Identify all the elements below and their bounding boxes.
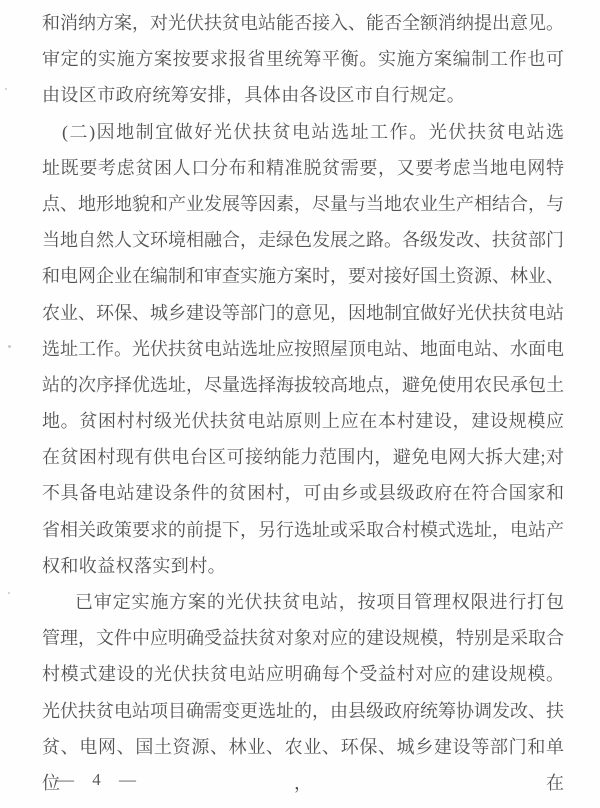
text-line: 不具备电站建设条件的贫困村，可由乡或县级政府在符合国家和 — [42, 475, 564, 511]
text-line: 权和收益权落实到村。 — [42, 548, 564, 584]
page-number: — 4 — — [57, 766, 139, 794]
text-line: 村模式建设的光伏扶贫电站应明确每个受益村对应的建设规模。 — [42, 656, 564, 692]
text-line: 管理，文件中应明确受益扶贫对象对应的建设规模，特别是采取合 — [42, 620, 564, 656]
text-line: 由设区市政府统筹安排，具体由各设区市自行规定。 — [42, 77, 564, 113]
document-page: 和消纳方案，对光伏扶贫电站能否接入、能否全额消纳提出意见。 审定的实施方案按要求… — [0, 0, 600, 808]
text-line: 在贫困村现有供电台区可接纳能力范围内，避免电网大拆大建;对 — [42, 439, 564, 475]
text-line: 省相关政策要求的前提下，另行选址或采取合村模式选址，电站产 — [42, 512, 564, 548]
text-line: 选址工作。光伏扶贫电站选址应按照屋顶电站、地面电站、水面电 — [42, 331, 564, 367]
text-line: 地。贫困村村级光伏扶贫电站原则上应在本村建设，建设规模应 — [42, 403, 564, 439]
text-line: 贫、电网、国土资源、林业、农业、环保、城乡建设等部门和单位，在 — [42, 729, 564, 765]
text-line-paragraph-start: (二)因地制宜做好光伏扶贫电站选址工作。光伏扶贫电站选 — [42, 114, 564, 150]
text-line: 点、地形地貌和产业发展等因素，尽量与当地农业生产相结合，与 — [42, 186, 564, 222]
text-line: 当地自然人文环境相融合，走绿色发展之路。各级发改、扶贫部门 — [42, 222, 564, 258]
text-line: 和消纳方案，对光伏扶贫电站能否接入、能否全额消纳提出意见。 — [42, 5, 564, 41]
text-line: 站的次序择优选址，尽量选择海拔较高地点，避免使用农民承包土 — [42, 367, 564, 403]
document-body: 和消纳方案，对光伏扶贫电站能否接入、能否全额消纳提出意见。 审定的实施方案按要求… — [42, 5, 564, 765]
scan-artifact — [8, 592, 10, 594]
text-line: 址既要考虑贫困人口分布和精准脱贫需要，又要考虑当地电网特 — [42, 150, 564, 186]
text-line-paragraph-start: 已审定实施方案的光伏扶贫电站，按项目管理权限进行打包 — [42, 584, 564, 620]
text-line: 光伏扶贫电站项目确需变更选址的，由县级政府统筹协调发改、扶 — [42, 693, 564, 729]
scan-artifact — [5, 88, 7, 90]
text-line: 审定的实施方案按要求报省里统筹平衡。实施方案编制工作也可 — [42, 41, 564, 77]
text-line: 农业、环保、城乡建设等部门的意见，因地制宜做好光伏扶贫电站 — [42, 295, 564, 331]
text-line: 和电网企业在编制和审查实施方案时，要对接好国土资源、林业、 — [42, 258, 564, 294]
scan-artifact — [8, 345, 11, 348]
